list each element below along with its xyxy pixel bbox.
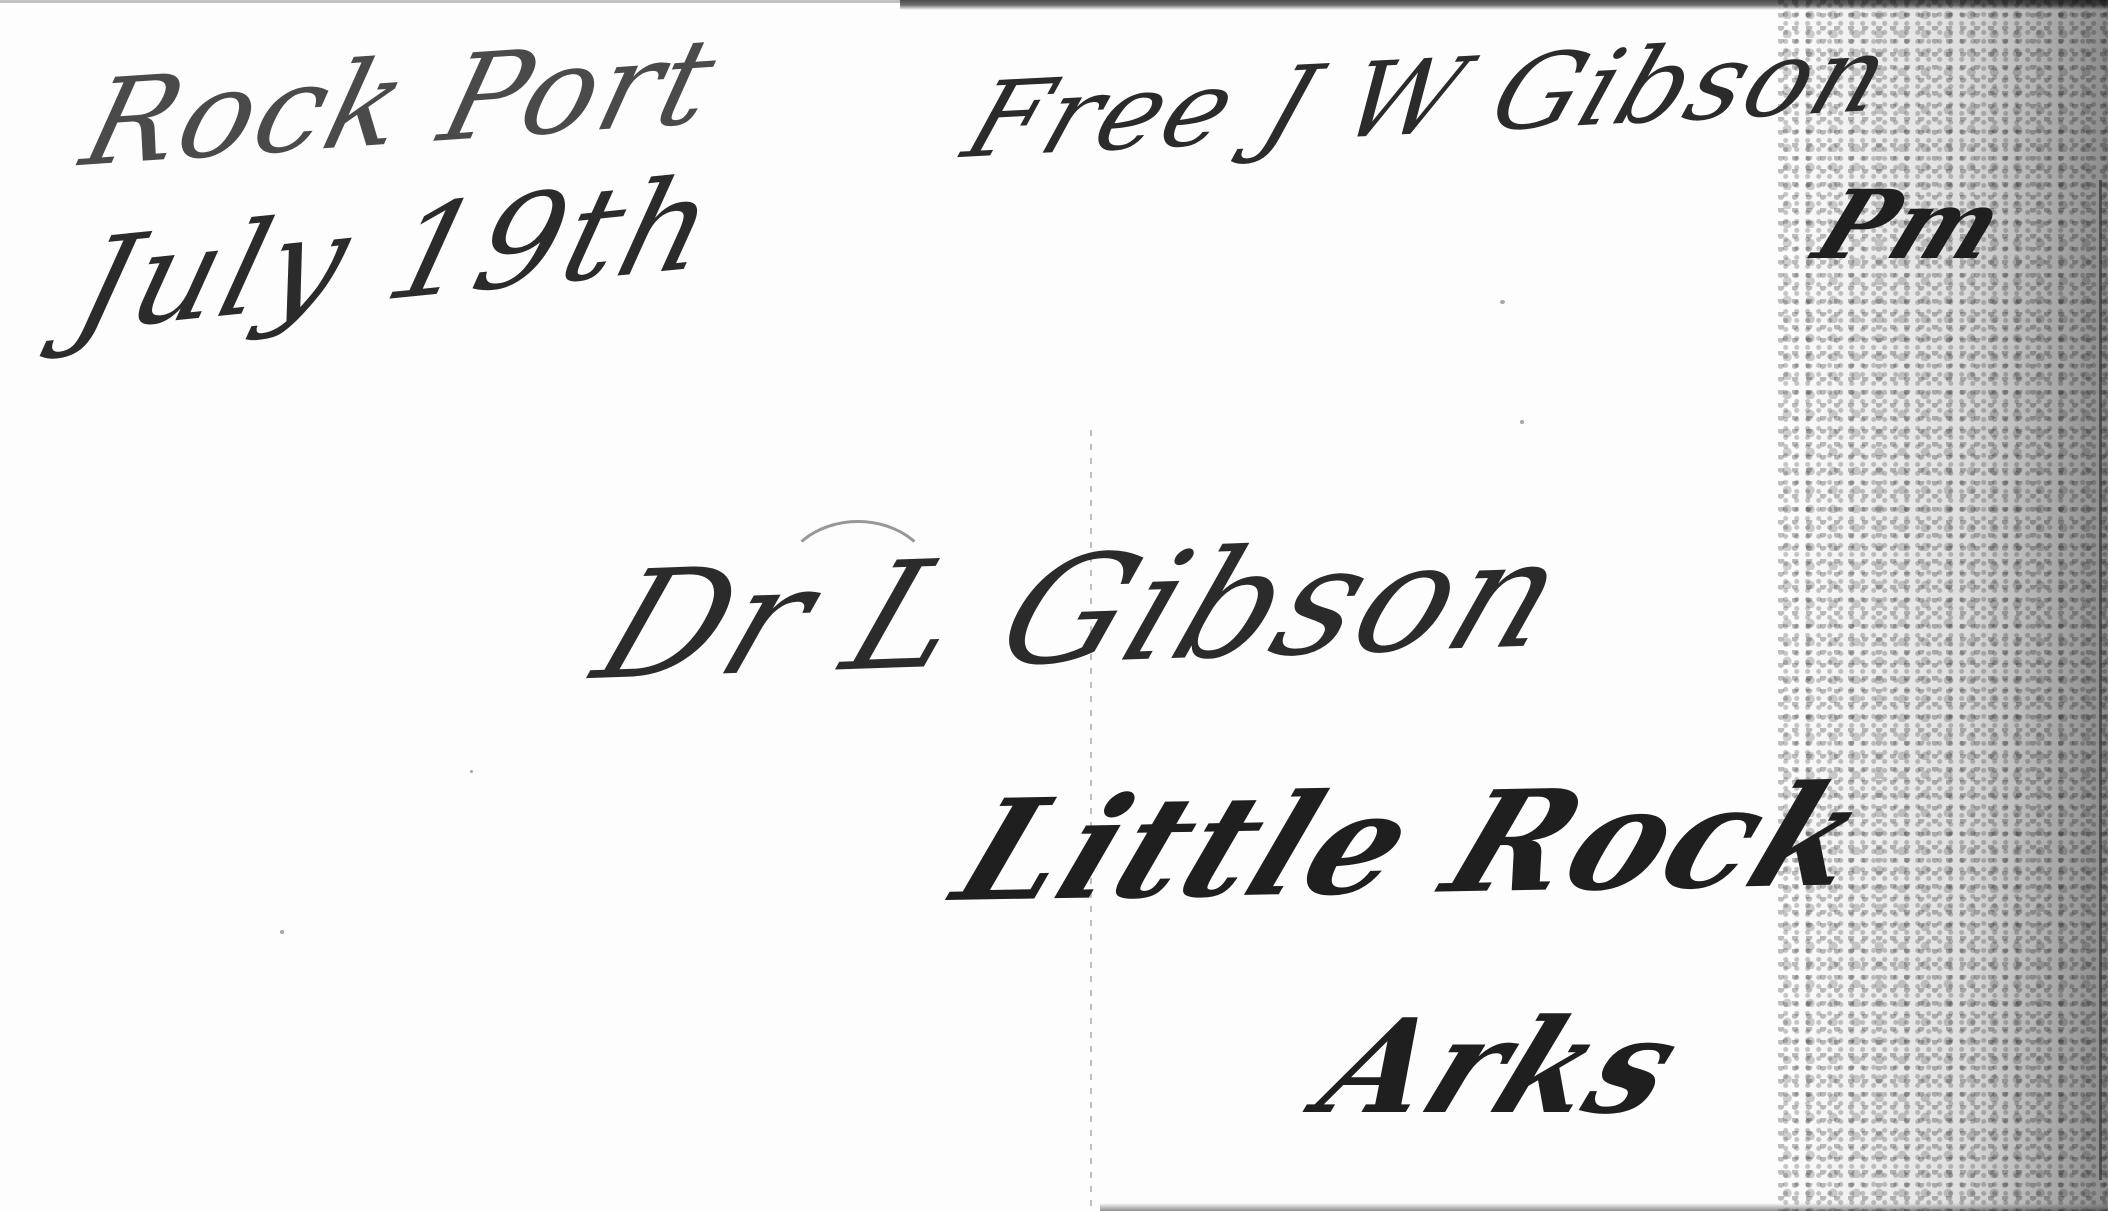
address-state: Arks <box>1300 990 1702 1143</box>
addressee-name: Dr L Gibson <box>575 507 1588 714</box>
speck <box>470 770 473 773</box>
bottom-edge <box>1100 1203 2108 1211</box>
address-city: Little Rock <box>935 755 1890 934</box>
speck <box>1500 300 1505 304</box>
free-frank-signature: Free J W Gibson <box>950 13 1907 182</box>
envelope-scan: Rock Port July 19th Free J W Gibson Pm D… <box>0 0 2108 1211</box>
right-edge-line <box>2099 180 2102 1180</box>
speck <box>1520 420 1524 424</box>
speck <box>280 930 284 934</box>
top-edge <box>0 0 900 3</box>
